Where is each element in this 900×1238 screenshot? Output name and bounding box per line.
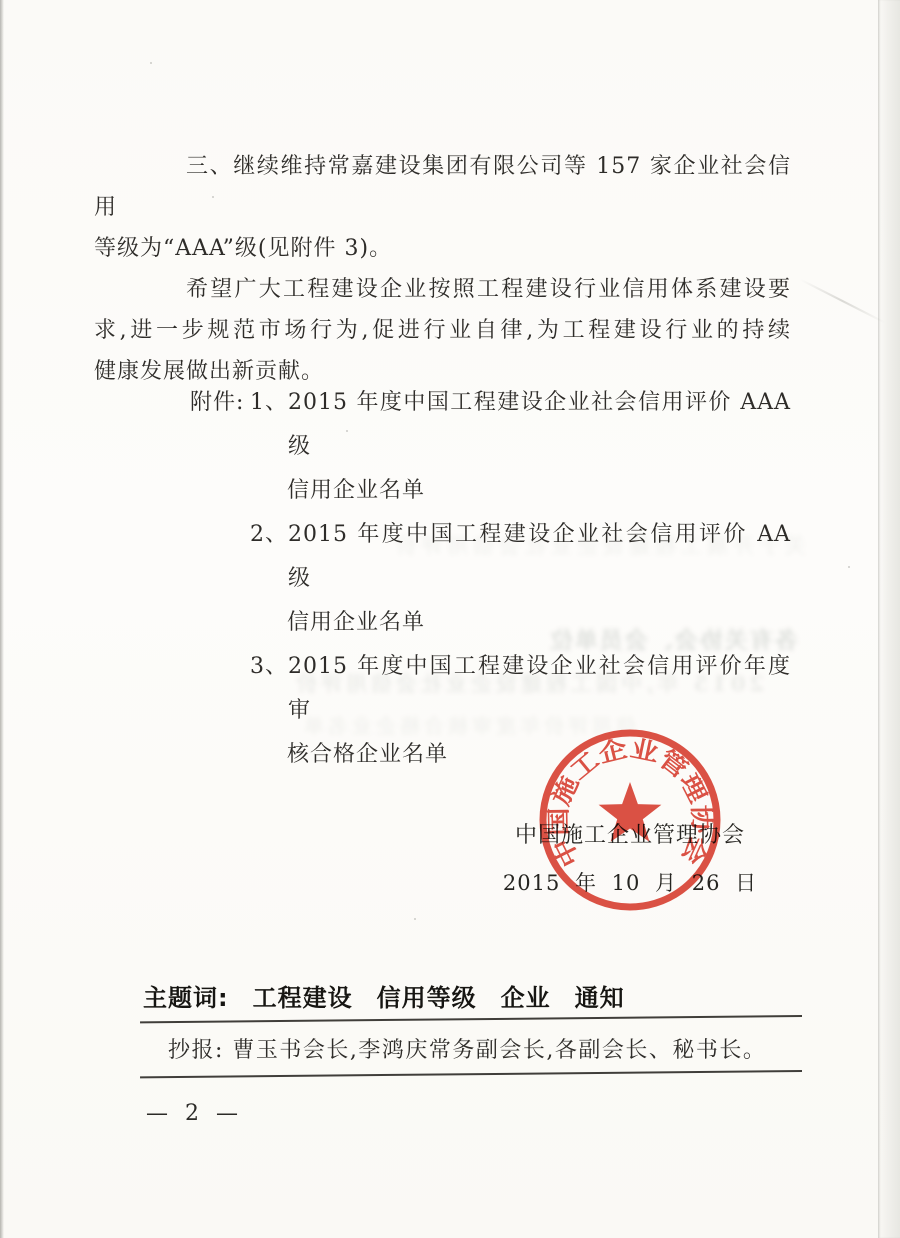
scan-speck: [848, 566, 850, 568]
subject-label: 主题词:: [143, 978, 229, 1013]
attachment-number: 3、: [250, 645, 288, 733]
scan-speck: [150, 62, 152, 64]
document-body: 三、继续维持常嘉建设集团有限公司等 157 家企业社会信用 等级为“AAA”级(…: [94, 146, 791, 392]
attachments-label: 附件:: [190, 381, 244, 425]
scan-left-edge-shadow: [0, 0, 4, 1238]
scan-speck: [414, 918, 416, 920]
copy-to-label: 抄报:: [168, 1038, 224, 1063]
attachment-title-line-1: 2015 年度中国工程建设企业社会信用评价 AA 级: [288, 513, 791, 601]
page-number: — 2 —: [146, 1101, 243, 1126]
subject-term: 通知: [575, 978, 625, 1013]
subject-term: 信用等级: [377, 978, 477, 1013]
scan-right-fold-band: [878, 0, 900, 1238]
footer-divider-top: [140, 1015, 802, 1023]
paragraph-2-line-1: 希望广大工程建设企业按照工程建设行业信用体系建设要: [94, 269, 791, 310]
subject-keywords-line: 主题词: 工程建设 信用等级 企业 通知: [143, 978, 625, 1013]
copy-to-line: 抄报: 曹玉书会长,李鸿庆常务副会长,各副会长、秘书长。: [168, 1033, 766, 1064]
attachment-number: 1、: [250, 381, 288, 469]
attachment-title-line-2: 信用企业名单: [287, 601, 791, 645]
issue-date: 2015 年 10 月 26 日: [430, 867, 830, 897]
attachment-title-line-1: 2015 年度中国工程建设企业社会信用评价 AAA 级: [288, 381, 791, 469]
footer-divider-bottom: [140, 1070, 802, 1078]
scanned-document-page: 关于开展工程建设企业社会信用评价 各有关协会、会员单位 2015 年,中国工程建…: [0, 0, 900, 1238]
issuing-organization: 中国施工企业管理协会: [430, 818, 830, 849]
attachment-item: 1、 2015 年度中国工程建设企业社会信用评价 AAA 级 信用企业名单: [250, 381, 791, 513]
attachment-title-line-1: 2015 年度中国工程建设企业社会信用评价年度审: [288, 645, 791, 733]
attachment-title-line-2: 信用企业名单: [287, 469, 791, 513]
scan-crease-line: [800, 279, 886, 324]
paragraph-1-line-2: 等级为“AAA”级(见附件 3)。: [94, 228, 791, 269]
subject-term: 工程建设: [253, 978, 353, 1013]
attachment-item: 2、 2015 年度中国工程建设企业社会信用评价 AA 级 信用企业名单: [250, 513, 791, 645]
paragraph-1-line-1: 三、继续维持常嘉建设集团有限公司等 157 家企业社会信用: [94, 146, 791, 228]
subject-term: 企业: [501, 978, 551, 1013]
attachment-number: 2、: [250, 513, 288, 601]
copy-to-recipients: 曹玉书会长,李鸿庆常务副会长,各副会长、秘书长。: [232, 1038, 766, 1063]
attachments-block: 附件: 1、 2015 年度中国工程建设企业社会信用评价 AAA 级 信用企业名…: [190, 381, 791, 777]
paragraph-2-line-2: 求,进一步规范市场行为,促进行业自律,为工程建设行业的持续: [94, 310, 791, 351]
